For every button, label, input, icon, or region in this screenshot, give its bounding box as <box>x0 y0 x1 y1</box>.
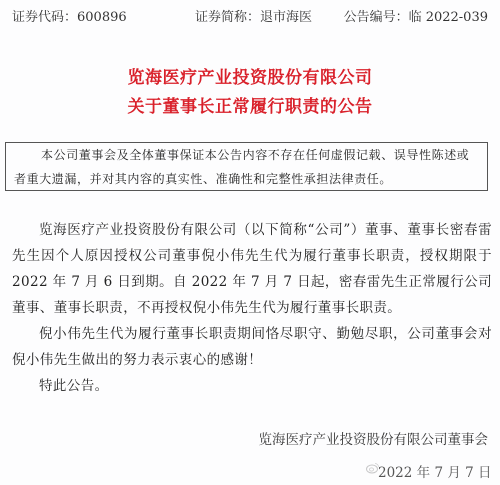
stock-code: 证券代码：600896 <box>12 6 162 24</box>
body-paragraph: 倪小伟先生代为履行董事长职责期间恪尽职守、勤勉尽职，公司董事会对倪小伟先生做出的… <box>12 321 492 373</box>
announcement-number: 公告编号：临 2022-039 <box>338 6 488 24</box>
signature-company: 览海医疗产业投资股份有限公司董事会 <box>259 428 489 448</box>
company-title: 览海医疗产业投资股份有限公司 <box>0 63 500 88</box>
stock-short-name: 证券简称：退市海医 <box>195 6 325 24</box>
body-paragraph: 特此公告。 <box>12 373 492 399</box>
signature-date: 2022 年 7 月 7 日 <box>378 461 492 481</box>
announcement-body: 览海医疗产业投资股份有限公司（以下简称“公司”）董事、董事长密春雷先生因个人原因… <box>12 217 492 399</box>
announcement-title: 关于董事长正常履行职责的公告 <box>0 92 500 117</box>
disclaimer-box: 本公司董事会及全体董事保证本公告内容不存在任何虚假记载、误导性陈述或者重大遗漏，… <box>5 142 488 191</box>
document-header: 证券代码：600896 证券简称：退市海医 公告编号：临 2022-039 <box>12 6 488 24</box>
body-paragraph: 览海医疗产业投资股份有限公司（以下简称“公司”）董事、董事长密春雷先生因个人原因… <box>12 217 492 321</box>
disclaimer-text: 本公司董事会及全体董事保证本公告内容不存在任何虚假记载、误导性陈述或者重大遗漏，… <box>14 143 481 191</box>
